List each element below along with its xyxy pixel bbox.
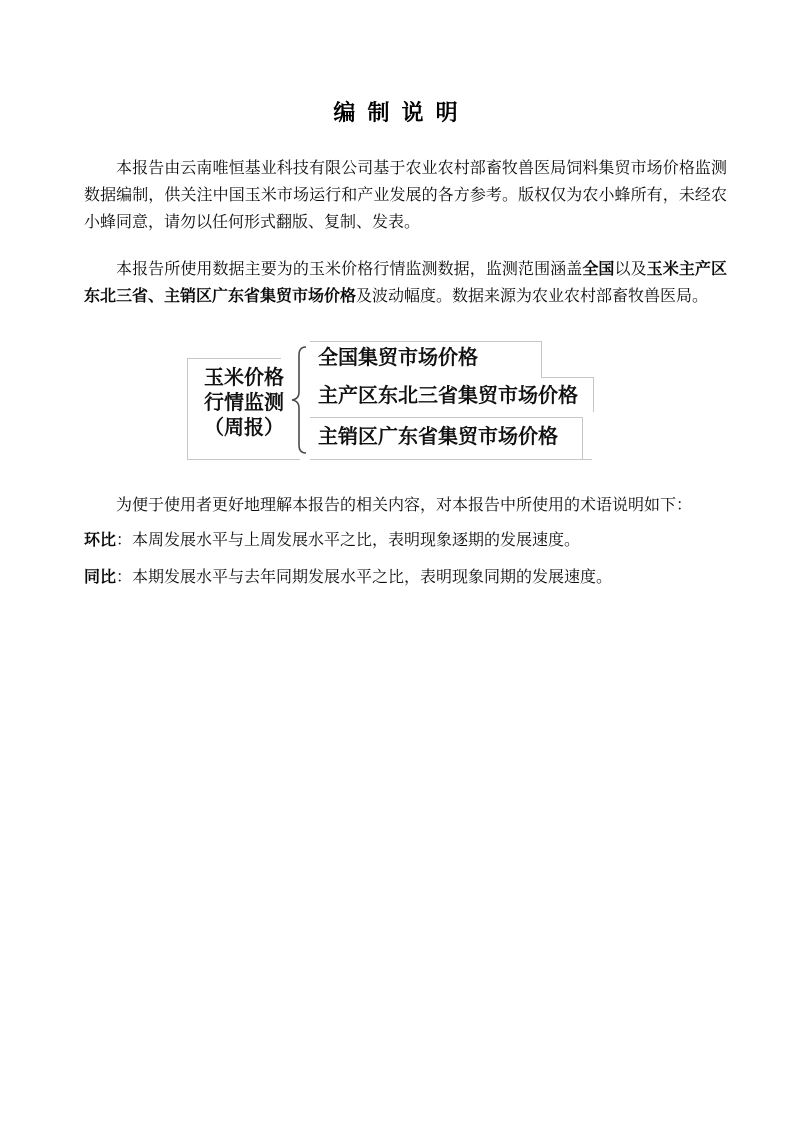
diagram-root-label-line: 玉米价格 [188, 366, 300, 391]
diagram-root-label-line: 行情监测 [188, 391, 300, 416]
document-page: 编 制 说 明 本报告由云南唯恒基业科技有限公司基于农业农村部畜牧兽医局饲料集贸… [0, 0, 794, 1123]
diagram-item-main-producing: 主产区东北三省集贸市场价格 [318, 384, 578, 408]
page-title: 编 制 说 明 [0, 96, 794, 127]
paragraph-terms-intro: 为便于使用者更好地理解本报告的相关内容，对本报告中所使用的术语说明如下： [84, 492, 727, 519]
diagram-border-line [310, 459, 592, 460]
diagram-root-label-line: （周报） [188, 416, 300, 441]
diagram-border-line [187, 358, 281, 359]
diagram-border-line [541, 377, 593, 378]
diagram-border-line [582, 417, 583, 459]
diagram-border-line [541, 341, 542, 377]
paragraph-copyright: 本报告由云南唯恒基业科技有限公司基于农业农村部畜牧兽医局饲料集贸市场价格监测数据… [84, 155, 727, 236]
diagram-root-label: 玉米价格 行情监测 （周报） [188, 366, 300, 441]
diagram-item-main-selling: 主销区广东省集贸市场价格 [318, 425, 558, 449]
brace-icon [290, 346, 308, 454]
diagram-border-line [187, 459, 300, 460]
diagram-item-national: 全国集贸市场价格 [318, 346, 478, 370]
paragraph-term-tongbi: 同比：本期发展水平与去年同期发展水平之比，表明现象同期的发展速度。 [84, 564, 727, 591]
diagram-border-line [593, 377, 594, 412]
diagram-border-line [310, 341, 541, 342]
diagram-border-line [310, 417, 582, 418]
paragraph-data-scope: 本报告所使用数据主要为的玉米价格行情监测数据，监测范围涵盖全国以及玉米主产区东北… [84, 256, 727, 310]
paragraph-term-huanbi: 环比：本周发展水平与上周发展水平之比，表明现象逐期的发展速度。 [84, 527, 727, 554]
